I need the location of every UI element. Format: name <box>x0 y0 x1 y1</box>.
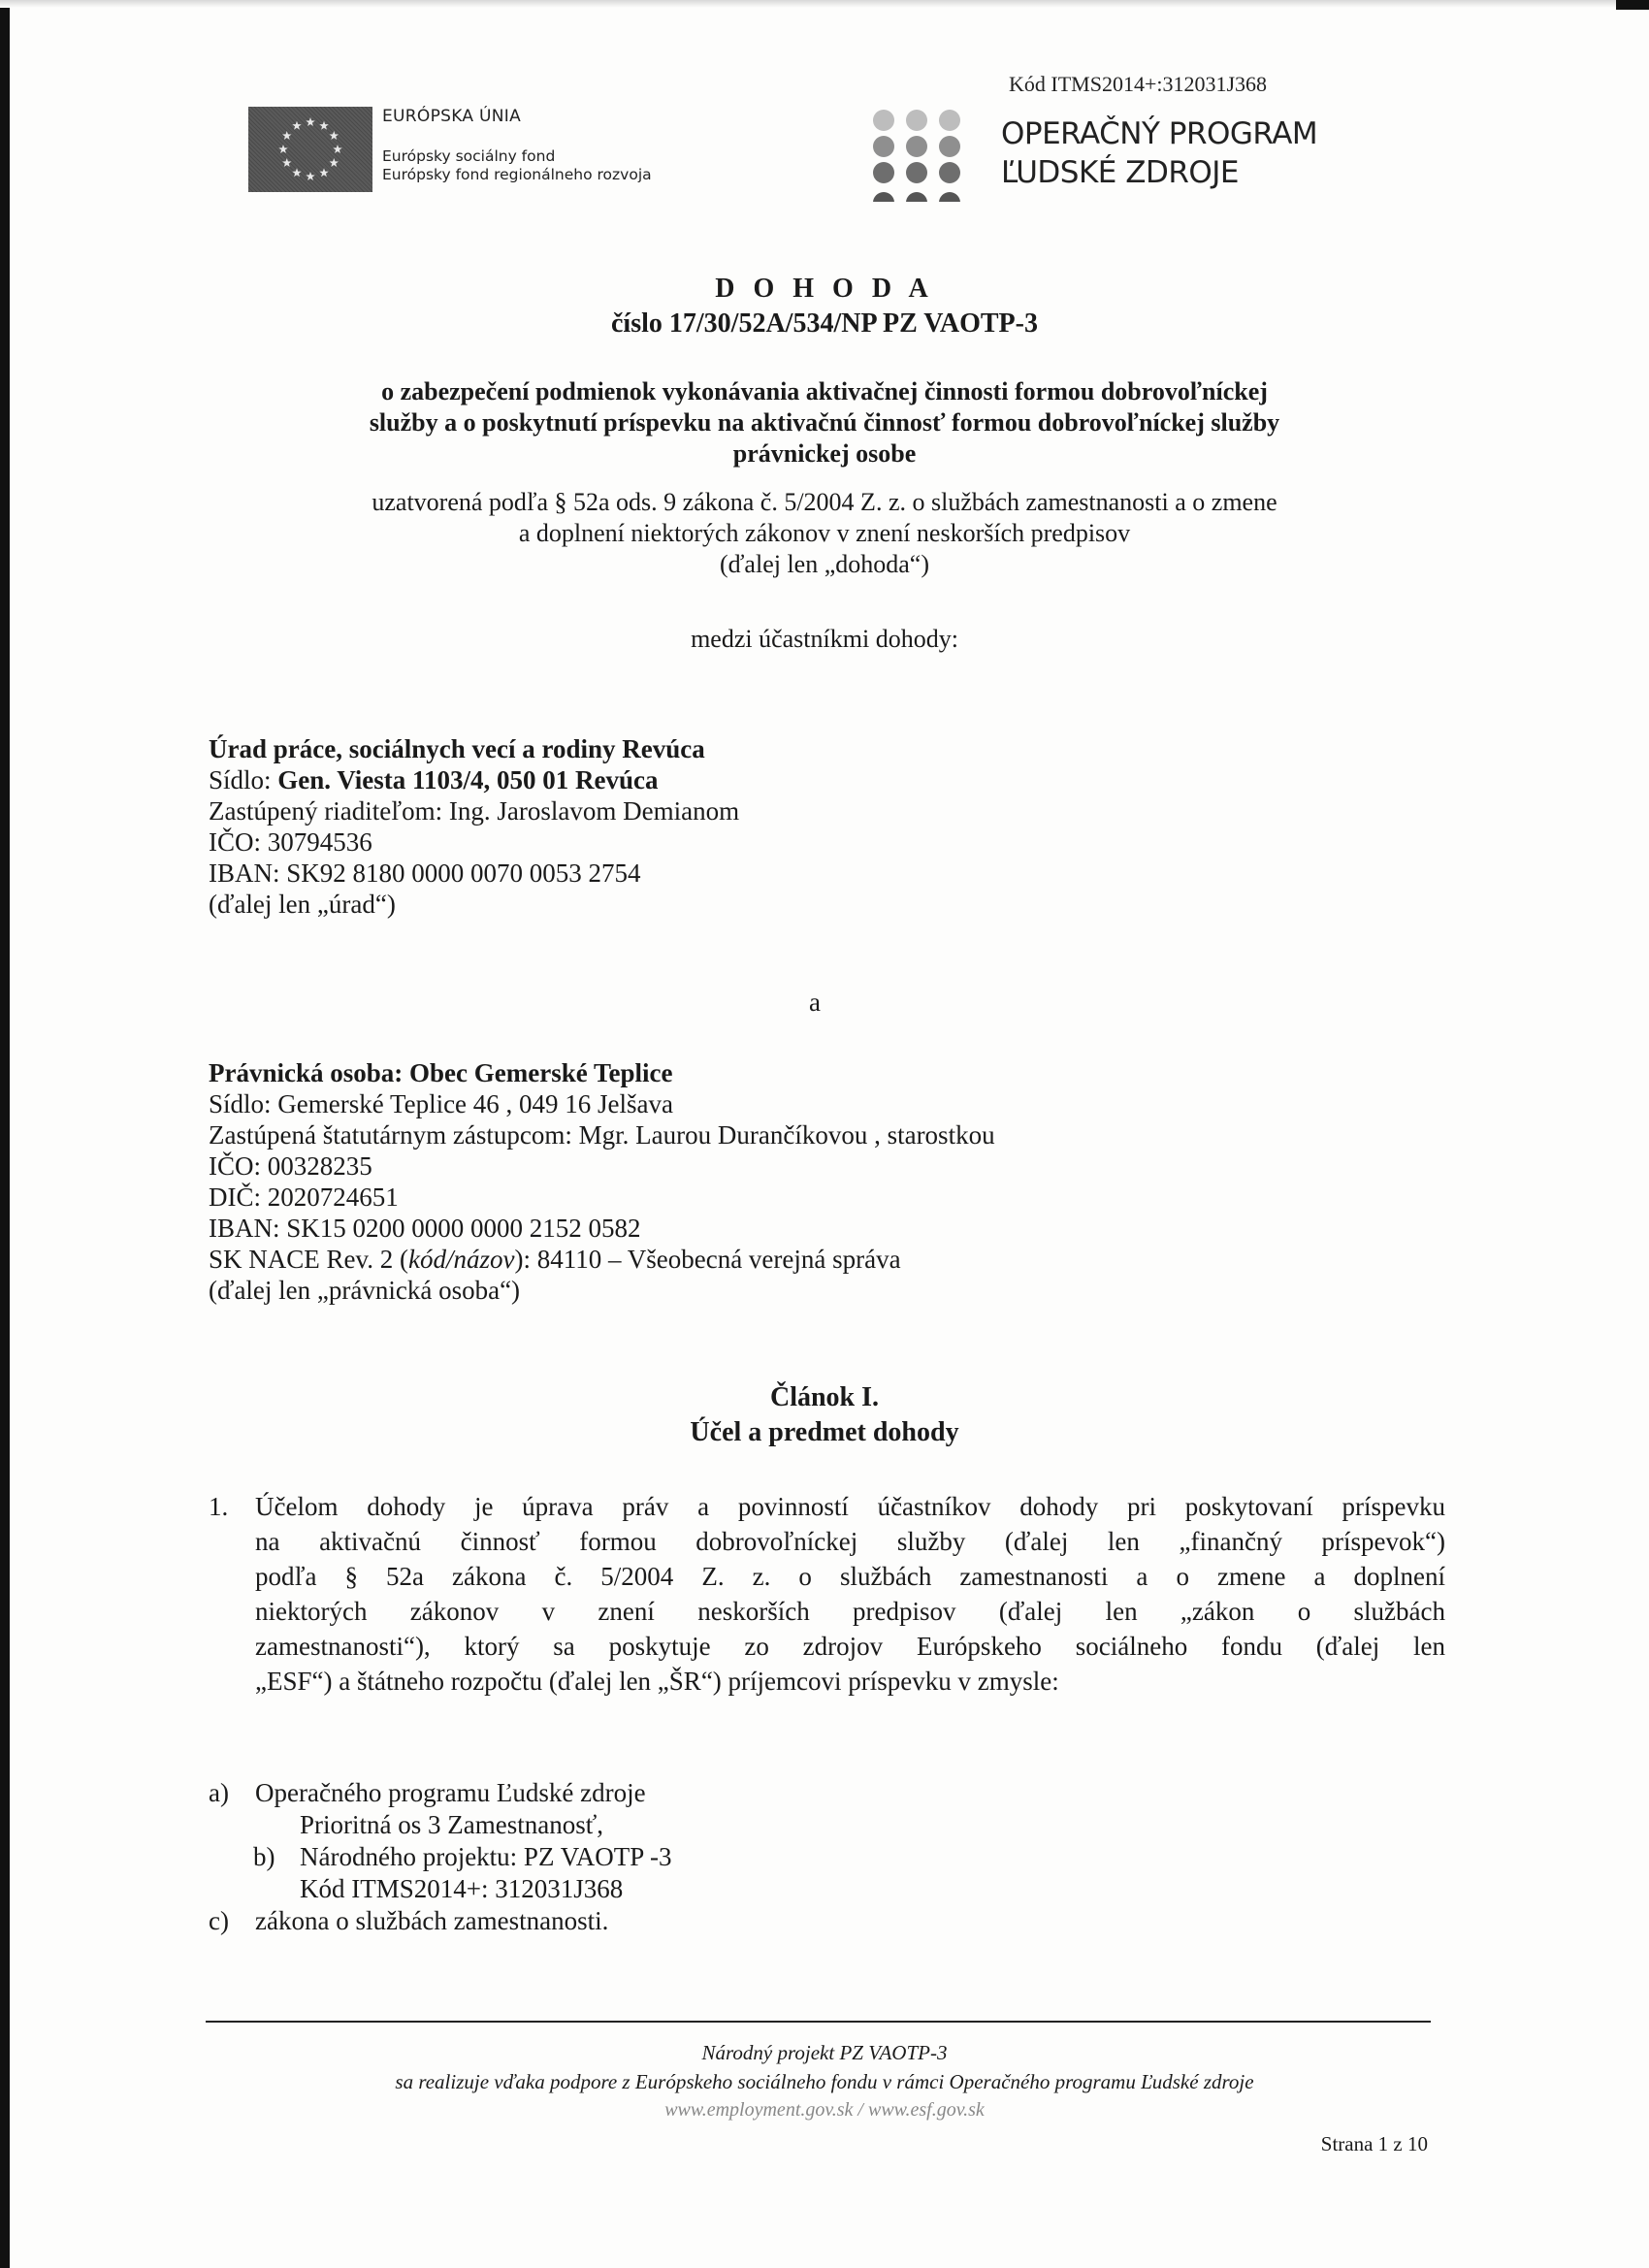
subject-line: právnickej osobe <box>0 438 1649 470</box>
legal-line: (ďalej len „dohoda“) <box>0 549 1649 580</box>
party-entity-ico: IČO: 00328235 <box>209 1150 995 1182</box>
document-title: D O H O D A <box>0 274 1649 305</box>
party-entity-dic: DIČ: 2020724651 <box>209 1182 995 1213</box>
party-office-alias: (ďalej len „úrad“) <box>209 889 739 920</box>
party-entity-represented: Zastúpená štatutárnym zástupcom: Mgr. La… <box>209 1119 995 1150</box>
paragraph-line: Účelom dohody je úprava práv a povinnost… <box>255 1489 1445 1524</box>
party-office: Úrad práce, sociálnych vecí a rodiny Rev… <box>209 733 739 920</box>
list-item-text: zákona o službách zamestnanosti. <box>255 1905 608 1937</box>
subject-line: o zabezpečení podmienok vykonávania akti… <box>0 376 1649 407</box>
footer-project: Národný projekt PZ VAOTP-3 <box>0 2041 1649 2065</box>
article-number: Článok I. <box>0 1382 1649 1413</box>
article-title: Účel a predmet dohody <box>0 1417 1649 1448</box>
legal-basis: uzatvorená podľa § 52a ods. 9 zákona č. … <box>0 487 1649 580</box>
page-number: Strana 1 z 10 <box>1321 2132 1428 2156</box>
party-office-name: Úrad práce, sociálnych vecí a rodiny Rev… <box>209 733 739 764</box>
legal-line: uzatvorená podľa § 52a ods. 9 zákona č. … <box>0 487 1649 518</box>
eu-fund-social: Európsky sociálny fond <box>382 147 652 166</box>
list-item-label: b) <box>253 1841 275 1873</box>
itms-code: Kód ITMS2014+:312031J368 <box>1009 72 1267 97</box>
document-number: číslo 17/30/52A/534/NP PZ VAOTP-3 <box>0 308 1649 340</box>
party-entity-nace: SK NACE Rev. 2 (kód/názov): 84110 – Všeo… <box>209 1244 995 1275</box>
party-entity-seat: Sídlo: Gemerské Teplice 46 , 049 16 Jelš… <box>209 1088 995 1119</box>
legal-line: a doplnení niektorých zákonov v znení ne… <box>0 518 1649 549</box>
paragraph-number: 1. <box>209 1489 228 1524</box>
list-item-label: c) <box>209 1905 229 1937</box>
scan-edge-left <box>0 0 10 2268</box>
program-title: OPERAČNÝ PROGRAM ĽUDSKÉ ZDROJE <box>1001 114 1317 192</box>
footer-funding: sa realizuje vďaka podpore z Európskeho … <box>0 2070 1649 2094</box>
op-dots-logo-icon <box>868 109 965 202</box>
party-office-seat: Sídlo: Gen. Viesta 1103/4, 050 01 Revúca <box>209 764 739 795</box>
party-office-ico: IČO: 30794536 <box>209 826 739 858</box>
party-entity-iban: IBAN: SK15 0200 0000 0000 2152 0582 <box>209 1213 995 1244</box>
paragraph-line: podľa § 52a zákona č. 5/2004 Z. z. o slu… <box>255 1559 1445 1594</box>
between-parties: medzi účastníkmi dohody: <box>0 625 1649 654</box>
article-paragraph-1: 1. Účelom dohody je úprava práv a povinn… <box>209 1489 1445 1699</box>
scan-edge-top <box>0 0 1649 8</box>
list-item-text: Operačného programu Ľudské zdroje <box>255 1777 646 1809</box>
list-item-text: Kód ITMS2014+: 312031J368 <box>300 1873 623 1905</box>
eu-logo-text: EURÓPSKA ÚNIA Európsky sociálny fond Eur… <box>382 107 652 184</box>
document-subject: o zabezpečení podmienok vykonávania akti… <box>0 376 1649 470</box>
eu-fund-regional: Európsky fond regionálneho rozvoja <box>382 166 652 184</box>
paragraph-body: Účelom dohody je úprava práv a povinnost… <box>255 1489 1445 1699</box>
conjunction: a <box>809 988 821 1018</box>
paragraph-line: zamestnanosti“), ktorý sa poskytuje zo z… <box>255 1629 1445 1664</box>
program-title-line1: OPERAČNÝ PROGRAM <box>1001 114 1317 153</box>
eu-flag-icon <box>248 107 372 192</box>
list-item-text: Prioritná os 3 Zamestnanosť, <box>300 1809 603 1841</box>
footer-divider <box>206 2021 1431 2023</box>
paragraph-line: na aktivačnú činnosť formou dobrovoľníck… <box>255 1524 1445 1559</box>
subject-line: služby a o poskytnutí príspevku na aktiv… <box>0 407 1649 438</box>
party-legal-entity: Právnická osoba: Obec Gemerské Teplice S… <box>209 1057 995 1306</box>
party-entity-alias: (ďalej len „právnická osoba“) <box>209 1275 995 1306</box>
party-entity-name: Právnická osoba: Obec Gemerské Teplice <box>209 1057 995 1088</box>
list-item-label: a) <box>209 1777 229 1809</box>
eu-title: EURÓPSKA ÚNIA <box>382 107 652 126</box>
party-office-iban: IBAN: SK92 8180 0000 0070 0053 2754 <box>209 858 739 889</box>
footer-links: www.employment.gov.sk / www.esf.gov.sk <box>0 2099 1649 2122</box>
program-title-line2: ĽUDSKÉ ZDROJE <box>1001 153 1317 192</box>
party-office-represented: Zastúpený riaditeľom: Ing. Jaroslavom De… <box>209 795 739 826</box>
list-item-text: Národného projektu: PZ VAOTP -3 <box>300 1841 671 1873</box>
paragraph-line: „ESF“) a štátneho rozpočtu (ďalej len „Š… <box>255 1664 1445 1699</box>
paragraph-line: niektorých zákonov v znení neskorších pr… <box>255 1594 1445 1629</box>
scan-corner-mark <box>1616 0 1649 10</box>
